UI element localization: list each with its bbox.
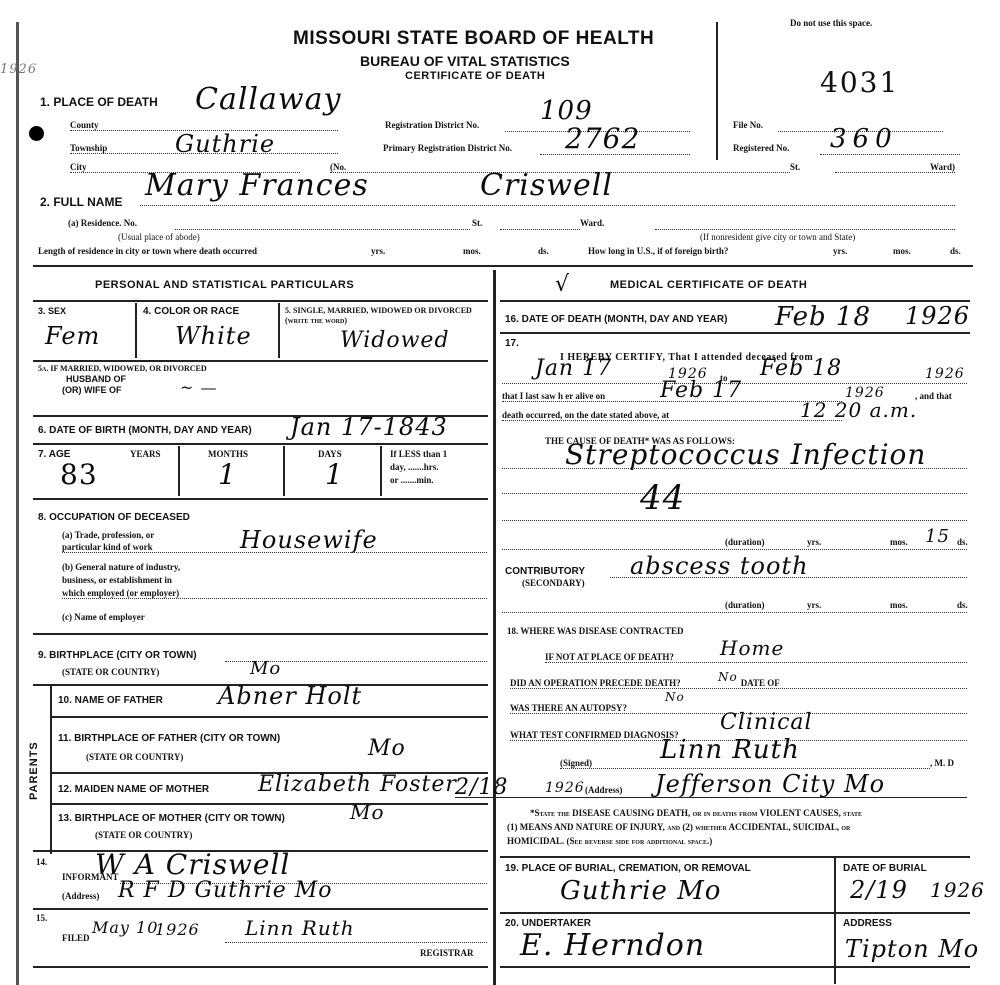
- autopsy-label-text: WAS THERE AN AUTOPSY?: [510, 703, 627, 713]
- mother-bp-state-label: (STATE OR COUNTRY): [95, 830, 192, 840]
- undertaker-value: E. Herndon: [520, 928, 705, 963]
- age-divider-2: [283, 446, 285, 496]
- filed-no: 15.: [36, 913, 47, 923]
- age-divider-3: [380, 446, 382, 496]
- contrib-duration-line: [502, 612, 967, 613]
- footnote-line-3: HOMICIDAL. (See reverse side for additio…: [507, 836, 712, 846]
- race-value: White: [175, 322, 252, 350]
- burial-year: 1926: [930, 878, 985, 902]
- row-divider-bottom-left: [33, 966, 488, 968]
- registrar-value: Linn Ruth: [245, 916, 355, 940]
- township-label: Township: [70, 143, 338, 154]
- margin-stamp: 1926: [0, 62, 37, 77]
- father-value: Abner Holt: [218, 682, 362, 710]
- operation-label: DID AN OPERATION PRECEDE DEATH?DATE OF: [510, 678, 967, 689]
- father-label: 10. NAME OF FATHER: [58, 695, 163, 706]
- birthplace-value: Mo: [250, 658, 281, 679]
- certificate-number: 4031: [820, 66, 899, 99]
- cause-duration-line: [502, 549, 967, 550]
- contrib-duration-yrs: yrs.: [807, 600, 821, 610]
- burial-date-label: DATE OF BURIAL: [843, 863, 927, 874]
- attended-to: Feb 18: [760, 356, 842, 381]
- county-label-text: County: [70, 120, 99, 130]
- residence-ward-label: Ward.: [580, 218, 604, 228]
- form-name: CERTIFICATE OF DEATH: [405, 70, 545, 82]
- cause-line-1: [502, 468, 967, 469]
- age-months-value: 1: [218, 458, 237, 491]
- cause-duration-mos: mos.: [890, 537, 908, 547]
- reg-district-label: Registration District No.: [385, 120, 479, 130]
- marital-value: Widowed: [340, 328, 450, 353]
- autopsy-value: No: [665, 690, 685, 704]
- informant-address-value: R F D Guthrie Mo: [118, 878, 333, 903]
- residence-st-label: St.: [472, 218, 482, 228]
- signed-label-text: (Signed): [560, 758, 592, 768]
- address-value: Jefferson City Mo: [655, 770, 885, 798]
- birthplace-state-label: (STATE OR COUNTRY): [62, 667, 159, 677]
- full-name-first: Mary Frances: [145, 168, 369, 203]
- age-years-value: 83: [60, 458, 98, 491]
- filed-year: 1926: [155, 920, 200, 939]
- row-divider-birthplace: [33, 633, 488, 635]
- foreign-yrs: yrs.: [833, 246, 847, 256]
- occ-b-label-3: which employed (or employer): [62, 588, 487, 599]
- nonresident-line: [655, 229, 955, 230]
- sex-value: Fem: [45, 322, 100, 350]
- less-label-3: or .......min.: [390, 475, 434, 485]
- contrib-duration-text: (duration): [725, 600, 765, 610]
- informant-address-label: (Address): [62, 891, 99, 901]
- father-bp-value: Mo: [368, 736, 406, 761]
- occ-c-label: (c) Name of employer: [62, 612, 145, 622]
- cause-code: 44: [640, 478, 685, 518]
- burial-label: 19. PLACE OF BURIAL, CREMATION, OR REMOV…: [505, 863, 751, 874]
- dod-value: Feb 18: [775, 302, 871, 332]
- length-mos: mos.: [463, 246, 481, 256]
- marital-label: 5. SINGLE, MARRIED, WIDOWED OR DIVORCED …: [285, 306, 485, 326]
- sex-race-divider: [135, 303, 137, 358]
- ward-label-text: Ward): [930, 162, 955, 172]
- operation-label-text: DID AN OPERATION PRECEDE DEATH?: [510, 678, 681, 688]
- last-saw-value: Feb 17: [660, 378, 742, 403]
- address-label: (Address): [585, 785, 622, 795]
- occupation-value: Housewife: [240, 526, 378, 554]
- occurred-label-text: death occurred, on the date stated above…: [502, 410, 669, 420]
- center-column-divider: [493, 270, 496, 985]
- cert-no: 17.: [505, 338, 519, 349]
- full-name-label: 2. FULL NAME: [40, 195, 122, 209]
- county-value: Callaway: [195, 82, 341, 117]
- registrar-line: [225, 942, 487, 943]
- row-divider-sex: [33, 300, 488, 302]
- burial-date-divider: [834, 856, 836, 984]
- foreign-mos: mos.: [893, 246, 911, 256]
- cause-value: Streptococcus Infection: [565, 438, 926, 471]
- occ-a-label-1: (a) Trade, profession, or: [62, 530, 154, 540]
- registrar-label: REGISTRAR: [420, 948, 474, 958]
- residence-line: [175, 229, 470, 230]
- row-divider-dod: [500, 300, 970, 302]
- residence-label: (a) Residence. No.: [68, 218, 137, 228]
- primary-reg-value: 2762: [565, 122, 640, 155]
- cause-duration-days: 15: [925, 526, 950, 547]
- time-value: 12 20 a.m.: [800, 398, 917, 422]
- occ-a-label-2-text: particular kind of work: [62, 542, 153, 552]
- row-divider-occupation: [33, 498, 488, 500]
- birthplace-label: 9. BIRTHPLACE (CITY OR TOWN): [38, 650, 197, 661]
- row-divider-mother-bp: [52, 803, 488, 805]
- township-label-text: Township: [70, 143, 107, 153]
- medical-check-mark: √: [555, 272, 570, 297]
- test-label-text: WHAT TEST CONFIRMED DIAGNOSIS?: [510, 730, 679, 740]
- spouse-value: ~ —: [180, 378, 218, 397]
- medical-section-title: MEDICAL CERTIFICATE OF DEATH: [610, 279, 807, 291]
- mother-bp-label: 13. BIRTHPLACE OF MOTHER (CITY OR TOWN): [58, 813, 285, 824]
- contrib-duration-label: (duration) yrs. mos. ds.: [725, 600, 970, 610]
- parents-divider: [50, 686, 52, 854]
- date-of-label: DATE OF: [741, 678, 780, 688]
- spouse-label-3: (OR) WIFE OF: [62, 385, 122, 395]
- primary-reg-label: Primary Registration District No.: [383, 143, 512, 153]
- spouse-label-2: HUSBAND OF: [66, 374, 126, 384]
- burial-value: Guthrie Mo: [560, 876, 721, 906]
- filed-date: May 10: [92, 918, 158, 937]
- row-divider-filed: [33, 908, 488, 910]
- row-divider-undertaker: [500, 912, 970, 914]
- office-note: Do not use this space.: [790, 18, 872, 28]
- md-label: , M. D: [930, 758, 954, 768]
- informant-no: 14.: [36, 857, 47, 867]
- informant-value: W A Criswell: [95, 848, 290, 881]
- place-of-death-label: 1. PLACE OF DEATH: [40, 95, 158, 109]
- sex-label: 3. SEX: [38, 306, 66, 316]
- occ-b-label-3-text: which employed (or employer): [62, 588, 179, 598]
- filed-label: FILED: [62, 933, 90, 943]
- race-label: 4. COLOR OR RACE: [143, 306, 239, 317]
- years-label: YEARS: [130, 449, 161, 459]
- foreign-label: How long in U.S., if of foreign birth?: [588, 246, 728, 256]
- mother-value: Elizabeth Foster: [258, 772, 457, 797]
- contributory-value: abscess tooth: [630, 552, 809, 580]
- occ-b-label-2: business, or establishment in: [62, 575, 172, 585]
- header-divider: [33, 265, 973, 267]
- city-st-label: St.: [790, 162, 800, 172]
- signed-year: 1926: [545, 780, 585, 796]
- footnote-line-2: (1) MEANS AND NATURE OF INJURY, and (2) …: [507, 822, 850, 832]
- nonresident-note: (If nonresident give city or town and St…: [700, 232, 855, 242]
- occ-b-label-1: (b) General nature of industry,: [62, 562, 180, 572]
- contrib-duration-ds: ds.: [957, 600, 968, 610]
- test-value: Clinical: [720, 710, 813, 735]
- age-divider-1: [178, 446, 180, 496]
- mother-label: 12. MAIDEN NAME OF MOTHER: [58, 784, 209, 795]
- row-divider-spouse: [33, 360, 488, 362]
- punch-hole: [29, 126, 44, 141]
- city-label-text: City: [70, 162, 87, 172]
- file-no-label: File No.: [733, 120, 763, 130]
- cause-line-3: [502, 520, 967, 521]
- form-subtitle: BUREAU OF VITAL STATISTICS: [360, 53, 570, 69]
- row-divider-bottom-right: [500, 966, 970, 968]
- dob-label: 6. DATE OF BIRTH (MONTH, DAY AND YEAR): [38, 425, 252, 436]
- and-that-label: , and that: [915, 391, 952, 401]
- footnote-line-1: *State the DISEASE CAUSING DEATH, or in …: [530, 808, 862, 818]
- burial-date-value: 2/19: [850, 876, 908, 904]
- cause-duration-text: (duration): [725, 537, 765, 547]
- length-ds: ds.: [538, 246, 549, 256]
- occurred-label: death occurred, on the date stated above…: [502, 410, 842, 421]
- undertaker-address-label: ADDRESS: [843, 918, 892, 929]
- row-divider-cert: [500, 332, 970, 334]
- where-value: Home: [720, 636, 784, 660]
- last-saw-label-text: that I last saw h er alive on: [502, 391, 605, 401]
- length-yrs: yrs.: [371, 246, 385, 256]
- registered-no-line: [820, 154, 960, 155]
- father-bp-state-label: (STATE OR COUNTRY): [86, 752, 183, 762]
- to-year: 1926: [925, 366, 965, 382]
- attended-from: Jan 17: [535, 356, 612, 381]
- city-ward-label: Ward): [835, 162, 955, 173]
- spouse-label-1: 5a. IF MARRIED, WIDOWED, OR DIVORCED: [38, 364, 207, 373]
- registered-no-value: 360: [830, 124, 898, 154]
- row-divider-age: [33, 443, 488, 445]
- cause-duration-yrs: yrs.: [807, 537, 821, 547]
- length-label-text: Length of residence in city or town wher…: [38, 246, 257, 256]
- personal-section-title: PERSONAL AND STATISTICAL PARTICULARS: [95, 279, 354, 291]
- occupation-label: 8. OCCUPATION OF DECEASED: [38, 512, 190, 523]
- less-label-1: If LESS than 1: [390, 449, 447, 459]
- less-label-2: day, .......hrs.: [390, 462, 439, 472]
- left-margin-line: [16, 22, 19, 985]
- office-divider: [716, 22, 718, 160]
- length-residence-label: Length of residence in city or town wher…: [38, 246, 963, 256]
- registered-no-label: Registered No.: [733, 143, 789, 153]
- cause-duration-ds: ds.: [957, 537, 968, 547]
- full-name-line: [140, 205, 955, 206]
- full-name-last: Criswell: [480, 168, 613, 203]
- father-bp-label: 11. BIRTHPLACE OF FATHER (CITY OR TOWN): [58, 733, 280, 744]
- row-divider-burial: [500, 856, 970, 858]
- address-underline: [455, 797, 967, 798]
- race-marital-divider: [278, 303, 280, 358]
- form-title: MISSOURI STATE BOARD OF HEALTH: [293, 28, 654, 50]
- abode-note: (Usual place of abode): [118, 232, 200, 242]
- mother-bp-value: Mo: [350, 800, 385, 824]
- age-days-value: 1: [325, 458, 344, 491]
- residence-ward-line: [500, 229, 580, 230]
- dod-year: 1926: [905, 302, 970, 330]
- foreign-ds: ds.: [950, 246, 961, 256]
- dod-label: 16. DATE OF DEATH (MONTH, DAY AND YEAR): [505, 314, 727, 325]
- cause-line-2: [502, 493, 967, 494]
- contrib-duration-mos: mos.: [890, 600, 908, 610]
- contributory-label: CONTRIBUTORY: [505, 566, 585, 577]
- row-divider-father-bp: [52, 716, 488, 718]
- where-label: 18. WHERE WAS DISEASE CONTRACTED: [507, 626, 683, 636]
- dob-value: Jan 17-1843: [290, 413, 448, 441]
- where-sub-label-text: IF NOT AT PLACE OF DEATH?: [545, 652, 674, 662]
- operation-value: No: [718, 670, 738, 684]
- parents-label: PARENTS: [28, 741, 40, 800]
- secondary-label: (SECONDARY): [522, 578, 585, 588]
- signed-value: Linn Ruth: [660, 735, 800, 765]
- undertaker-address-value: Tipton Mo: [845, 935, 979, 963]
